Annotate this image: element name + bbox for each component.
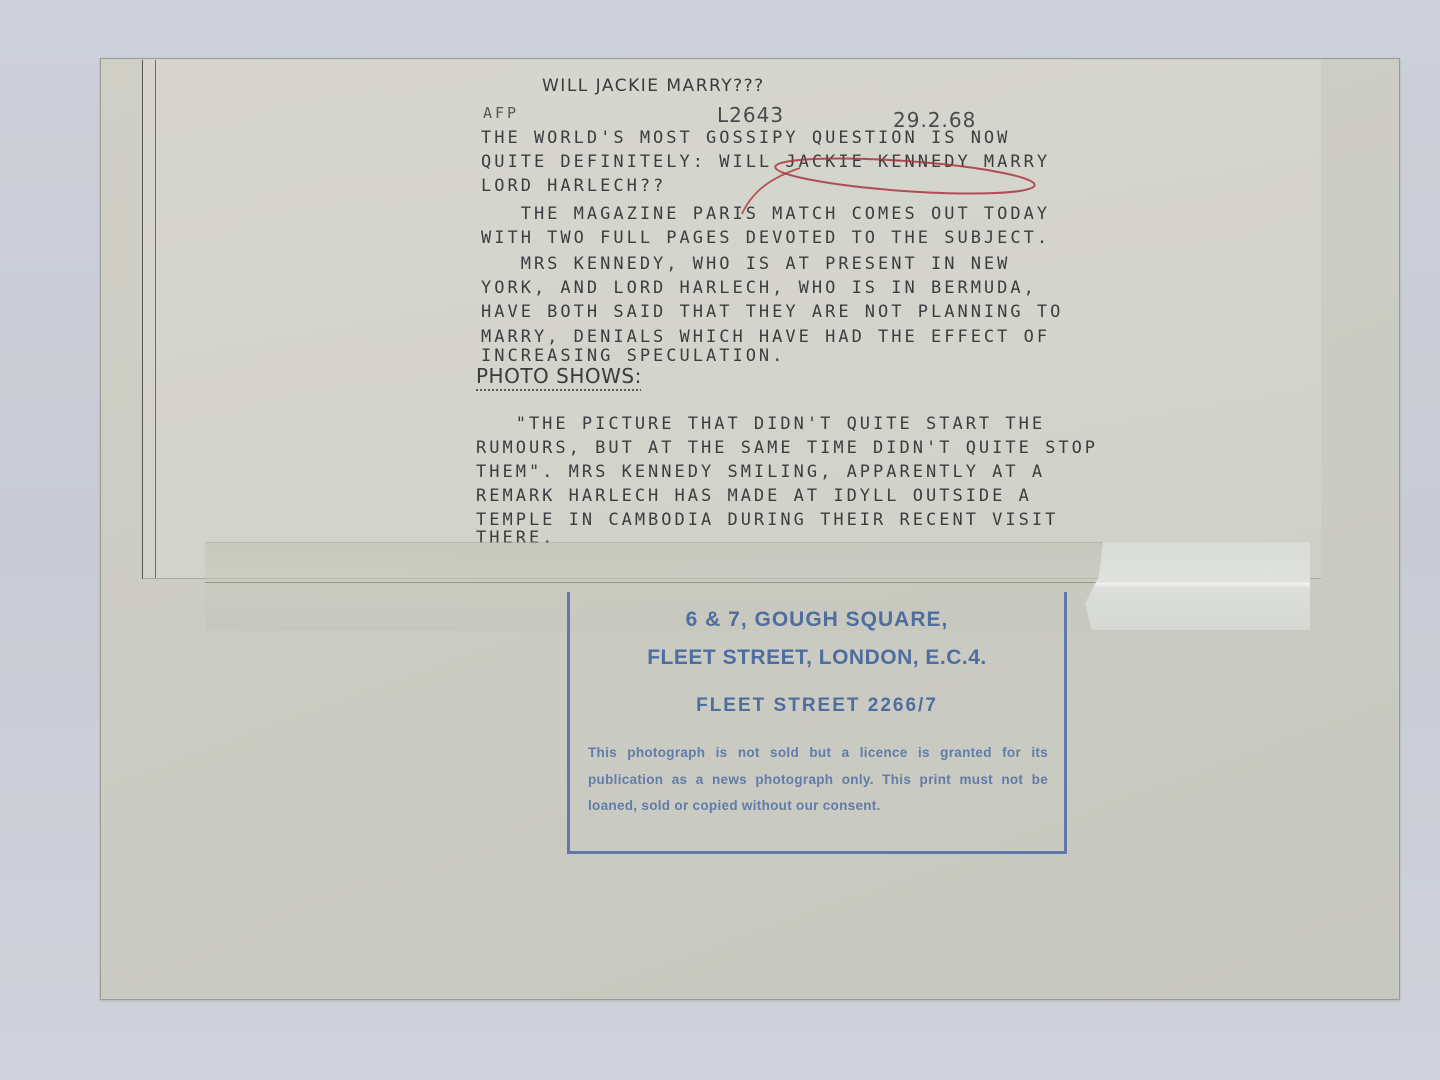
agency-rubber-stamp: 6 & 7, GOUGH SQUARE, FLEET STREET, LONDO… <box>567 592 1067 854</box>
photo-shows-line: RUMOURS, BUT AT THE SAME TIME DIDN'T QUI… <box>476 438 1098 458</box>
caption-line: LORD HARLECH?? <box>481 176 666 196</box>
stamp-licence-notice: This photograph is not sold but a licenc… <box>588 740 1048 820</box>
photo-shows-line: REMARK HARLECH HAS MADE AT IDYLL OUTSIDE… <box>476 486 1032 506</box>
caption-agency: AFP <box>483 104 519 122</box>
stamp-address-line2: FLEET STREET, LONDON, E.C.4. <box>570 646 1064 670</box>
caption-line: MRS KENNEDY, WHO IS AT PRESENT IN NEW <box>481 254 1010 274</box>
photo-shows-line: THEM". MRS KENNEDY SMILING, APPARENTLY A… <box>476 462 1045 482</box>
caption-line: MARRY, DENIALS WHICH HAVE HAD THE EFFECT… <box>481 327 1050 347</box>
photo-shows-line: "THE PICTURE THAT DIDN'T QUITE START THE <box>476 414 1045 434</box>
adhesive-tape-glare <box>1085 542 1310 630</box>
caption-line: THE MAGAZINE PARIS MATCH COMES OUT TODAY <box>481 204 1050 224</box>
caption-line: THE WORLD'S MOST GOSSIPY QUESTION IS NOW <box>481 128 1010 148</box>
caption-line: HAVE BOTH SAID THAT THEY ARE NOT PLANNIN… <box>481 302 1063 322</box>
stamp-address-line1: 6 & 7, GOUGH SQUARE, <box>570 608 1064 632</box>
caption-line: WITH TWO FULL PAGES DEVOTED TO THE SUBJE… <box>481 228 1050 248</box>
caption-reference: L2643 <box>717 103 784 127</box>
photo-shows-heading: PHOTO SHOWS: <box>476 364 642 388</box>
photo-shows-line: TEMPLE IN CAMBODIA DURING THEIR RECENT V… <box>476 510 1058 530</box>
caption-line: YORK, AND LORD HARLECH, WHO IS IN BERMUD… <box>481 278 1037 298</box>
slip-edge-line <box>155 60 156 578</box>
caption-line: QUITE DEFINITELY: WILL JACKIE KENNEDY MA… <box>481 152 1050 172</box>
caption-line: INCREASING SPECULATION. <box>481 346 785 366</box>
caption-title: WILL JACKIE MARRY??? <box>542 76 765 96</box>
stamp-phone: FLEET STREET 2266/7 <box>570 695 1064 717</box>
